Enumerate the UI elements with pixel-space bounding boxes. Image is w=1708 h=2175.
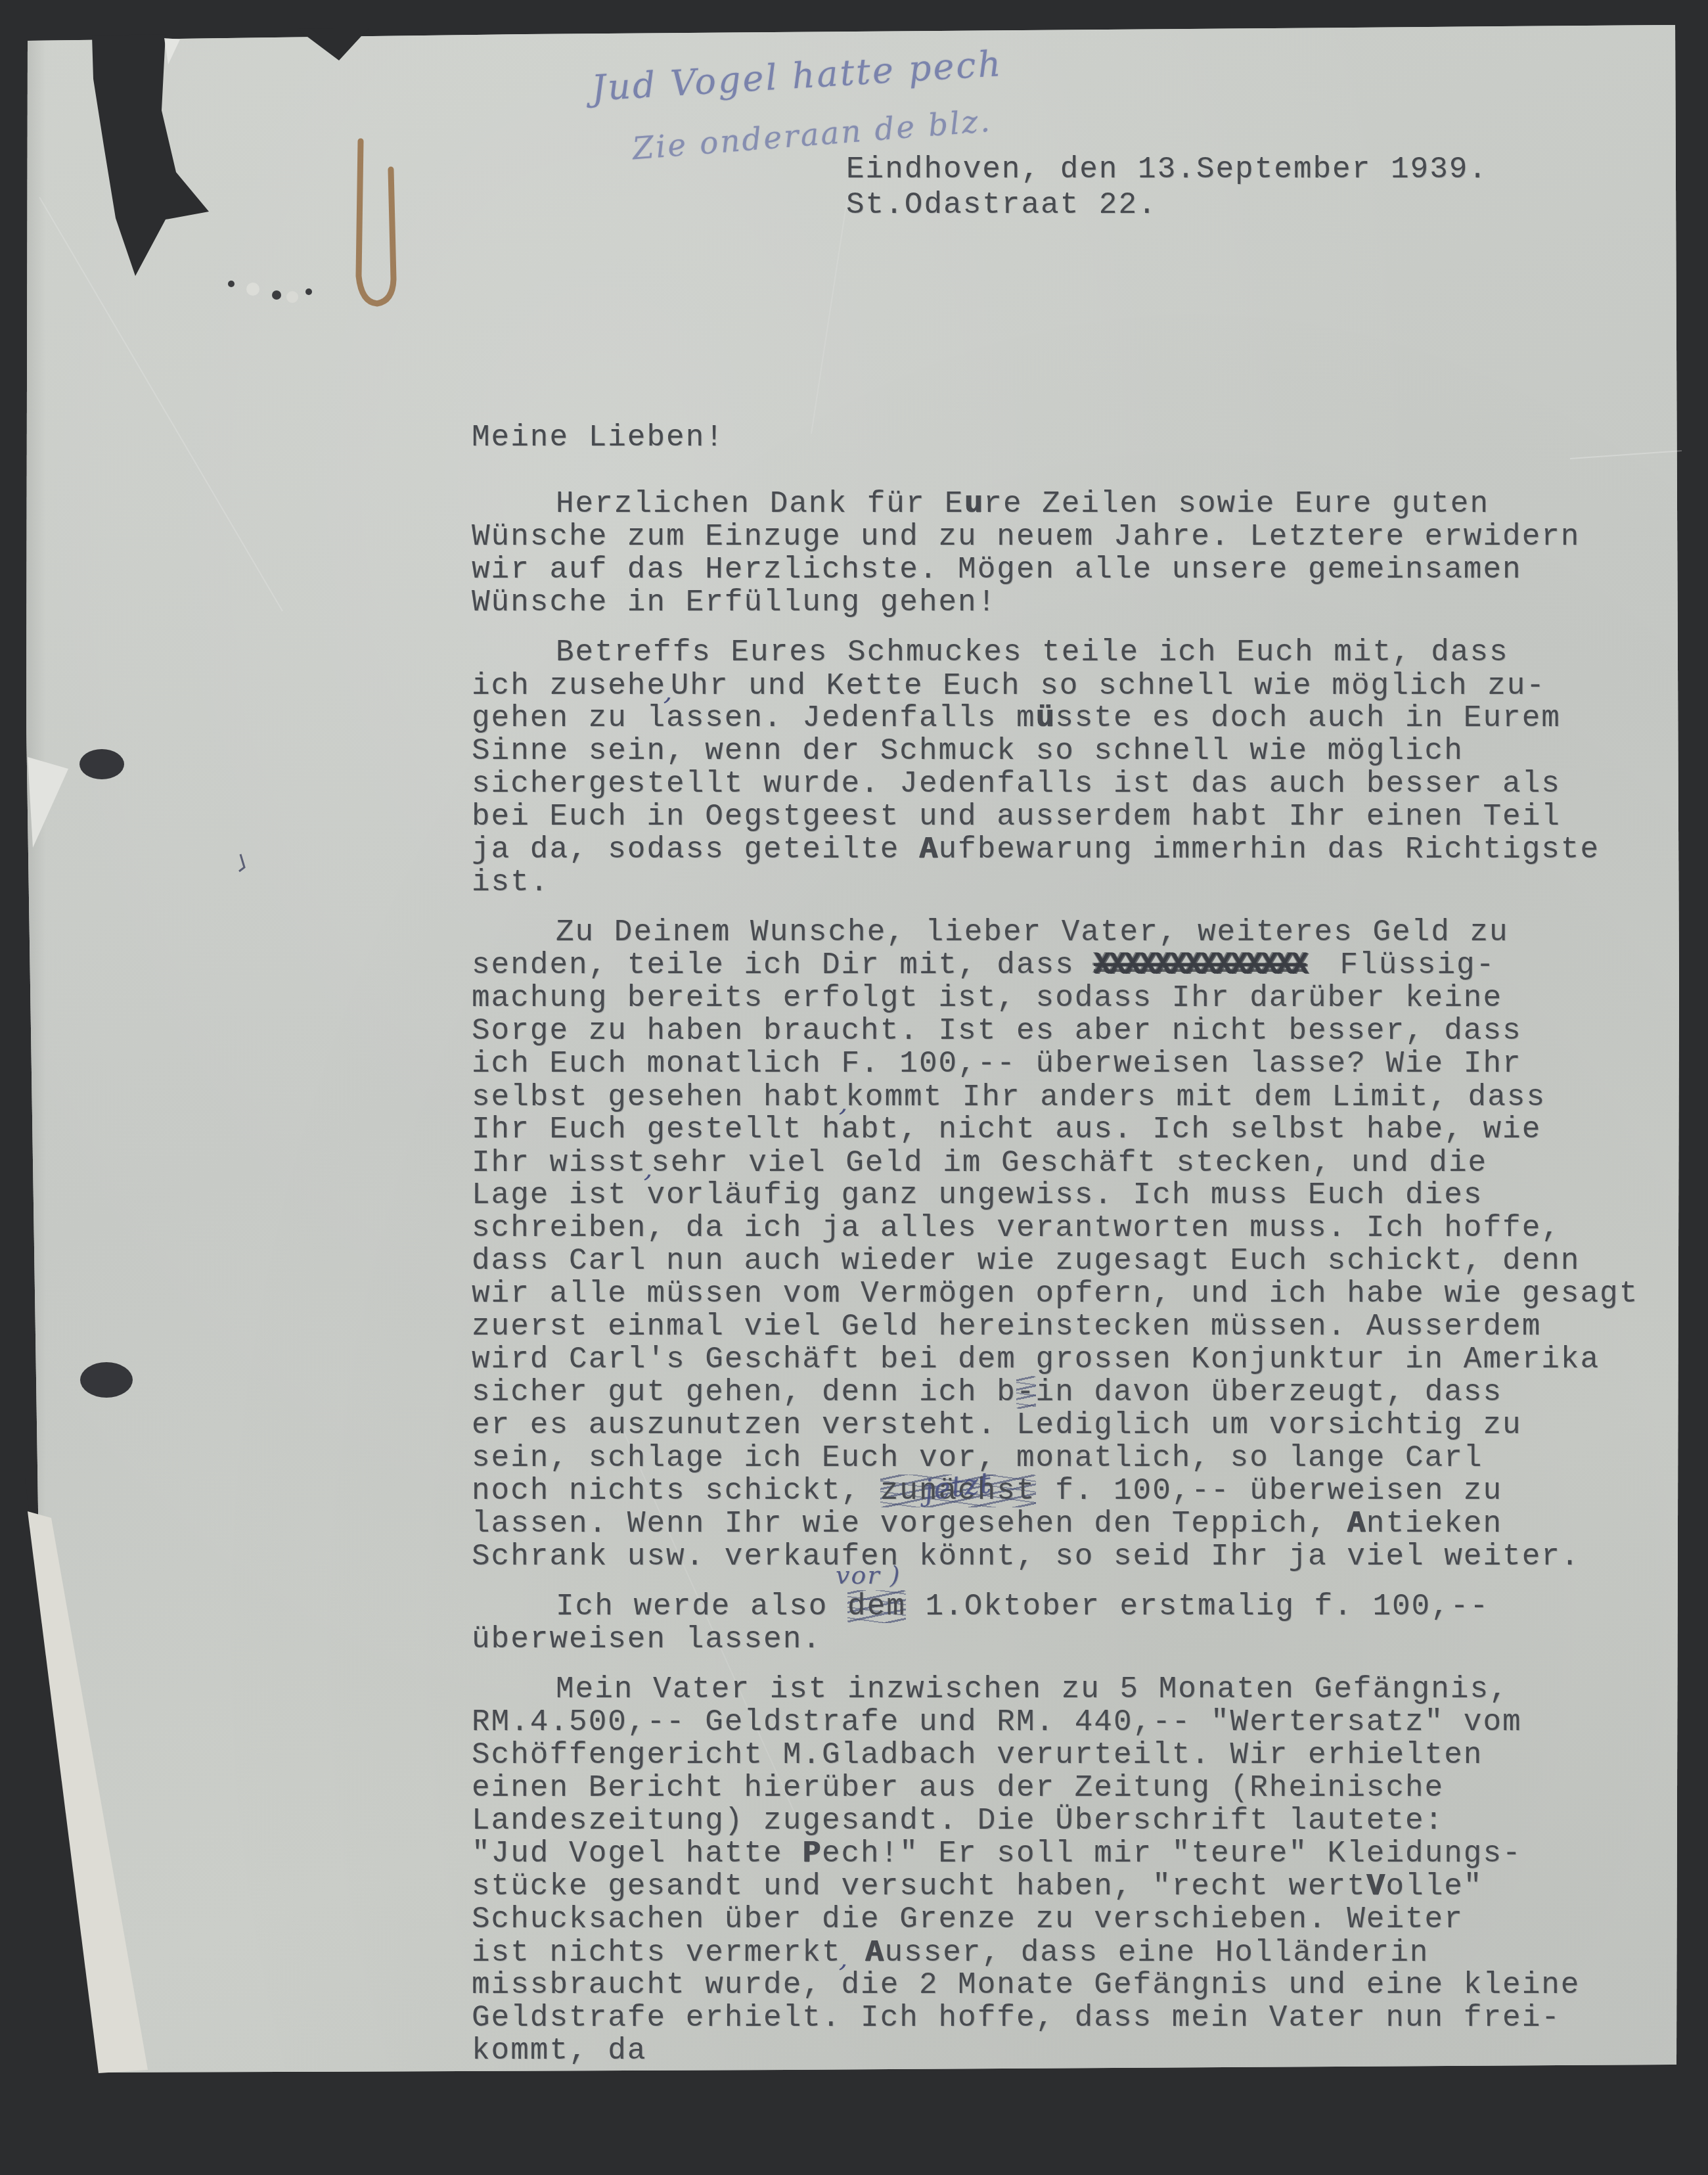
typed-line: Sorge zu haben braucht. Ist es aber nich…	[472, 1015, 1700, 1047]
overtyped-letters: A	[919, 833, 939, 867]
paragraph: Zu Deinem Wunsche, lieber Vater, weitere…	[472, 916, 1700, 1573]
typed-line: dass Carl nun auch wieder wie zugesagt E…	[472, 1245, 1700, 1277]
typed-line: Ihr wisst,sehr viel Geld im Geschäft ste…	[472, 1146, 1700, 1179]
pen-overwrite: jetzt	[922, 1467, 994, 1507]
typed-line: Schrank usw. verkaufen könnt, so seid Ih…	[472, 1540, 1700, 1573]
typed-line: Wünsche zum Einzuge und zu neuem Jahre. …	[472, 520, 1700, 553]
typed-line: Lage ist vorläufig ganz ungewiss. Ich mu…	[472, 1179, 1700, 1212]
typed-line: ich zusehe,Uhr und Kette Euch so schnell…	[472, 669, 1700, 702]
typed-line: Herzlichen Dank für Eure Zeilen sowie Eu…	[472, 488, 1700, 520]
pen-scribbled-word: -	[1016, 1376, 1036, 1409]
typed-line: Zu Deinem Wunsche, lieber Vater, weitere…	[472, 916, 1700, 949]
letter-body: Herzlichen Dank für Eure Zeilen sowie Eu…	[472, 488, 1700, 2084]
typed-line: Geldstrafe erhielt. Ich hoffe, dass mein…	[472, 2002, 1700, 2034]
pen-insertion: vor )	[836, 1559, 901, 1591]
typed-line: lassen. Wenn Ihr wie vorgesehen den Tepp…	[472, 1507, 1700, 1540]
overtyped-letters: V	[1366, 1869, 1386, 1904]
typed-line: sein, schlage ich Euch vor, monatlich, s…	[472, 1442, 1700, 1475]
typed-line: selbst gesehen habt,kommt Ihr anders mit…	[472, 1080, 1700, 1113]
typed-line: Mein Vater ist inzwischen zu 5 Monaten G…	[472, 1673, 1700, 1706]
typed-line: Sinne sein, wenn der Schmuck so schnell …	[472, 735, 1700, 767]
typed-line: stücke gesandt und versucht haben, "rech…	[472, 1870, 1700, 1903]
typed-line: senden, teile ich Dir mit, dass XXXXXXXX…	[472, 949, 1700, 982]
struck-out-typed-text: XXXXXXXXXXXXXX	[1094, 949, 1307, 982]
typed-line: überweisen lassen.	[472, 1623, 1700, 1656]
overtyped-letters: u	[964, 487, 984, 521]
salutation: Meine Lieben!	[472, 421, 725, 455]
paragraph: Mein Vater ist inzwischen zu 5 Monaten G…	[472, 1673, 1700, 2067]
pen-scribbled-word: zunächstjetzt	[880, 1475, 1036, 1507]
overtyped-letters: P	[802, 1837, 822, 1871]
typed-line: ja da, sodass geteilte Aufbewarung immer…	[472, 833, 1700, 866]
typed-line: noch nichts schickt, zunächstjetzt f. 10…	[472, 1475, 1700, 1507]
overtyped-letters: ü	[1036, 701, 1056, 735]
typed-line: ist nichts vermerkt, Ausser, dass eine H…	[472, 1936, 1700, 1969]
typed-line: RM.4.500,-- Geldstrafe und RM. 440,-- "W…	[472, 1706, 1700, 1739]
pen-scribbled-word: demvor )	[847, 1590, 906, 1623]
typed-line: er es auszunutzen versteht. Lediglich um…	[472, 1409, 1700, 1442]
typed-line: Ich werde also demvor ) 1.Oktober erstma…	[472, 1590, 1700, 1623]
typed-line: Ihr Euch gestellt habt, nicht aus. Ich s…	[472, 1113, 1700, 1146]
paragraph: Betreffs Eures Schmuckes teile ich Euch …	[472, 636, 1700, 899]
typed-line: Schöffengericht M.Gladbach verurteilt. W…	[472, 1739, 1700, 1772]
typed-line: Landeszeitung) zugesandt. Die Überschrif…	[472, 1804, 1700, 1837]
typed-line: wir alle müssen vom Vermögen opfern, und…	[472, 1277, 1700, 1310]
paragraph: Ich werde also demvor ) 1.Oktober erstma…	[472, 1590, 1700, 1656]
overtyped-letters: A	[865, 1936, 885, 1970]
typed-line: machung bereits erfolgt ist, sodass Ihr …	[472, 982, 1700, 1015]
typed-line: wird Carl's Geschäft bei dem grossen Kon…	[472, 1343, 1700, 1376]
typed-line: einen Bericht hierüber aus der Zeitung (…	[472, 1772, 1700, 1804]
typed-line: bei Euch in Oegstgeest und ausserdem hab…	[472, 800, 1700, 833]
typed-line: Schucksachen über die Grenze zu verschie…	[472, 1903, 1700, 1936]
typed-line: ich Euch monatlich F. 100,-- überweisen …	[472, 1047, 1700, 1080]
typed-line: zuerst einmal viel Geld hereinstecken mü…	[472, 1310, 1700, 1343]
typed-line: sichergestellt wurde. Jedenfalls ist das…	[472, 767, 1700, 800]
typed-line: schreiben, da ich ja alles verantworten …	[472, 1212, 1700, 1245]
typed-line: sicher gut gehen, denn ich b-in davon üb…	[472, 1376, 1700, 1409]
place-date-line: Eindhoven, den 13.September 1939.	[846, 152, 1488, 187]
typed-line: Betreffs Eures Schmuckes teile ich Euch …	[472, 636, 1700, 669]
typed-line: wir auf das Herzlichste. Mögen alle unse…	[472, 553, 1700, 586]
paragraph: Herzlichen Dank für Eure Zeilen sowie Eu…	[472, 488, 1700, 619]
overtyped-letters: A	[1347, 1507, 1366, 1541]
typed-line: kommt, da	[472, 2034, 1700, 2067]
typed-line: Wünsche in Erfüllung gehen!	[472, 586, 1700, 619]
letter-scan: Jud Vogel hatte pech Zie onderaan de blz…	[0, 0, 1708, 2175]
typed-line: missbraucht wurde, die 2 Monate Gefängni…	[472, 1969, 1700, 2002]
typed-line: ist.	[472, 866, 1700, 899]
address-line: St.Odastraat 22.	[846, 188, 1157, 222]
typed-line: gehen zu lassen. Jedenfalls müsste es do…	[472, 702, 1700, 735]
typed-line: "Jud Vogel hatte Pech!" Er soll mir "teu…	[472, 1837, 1700, 1870]
